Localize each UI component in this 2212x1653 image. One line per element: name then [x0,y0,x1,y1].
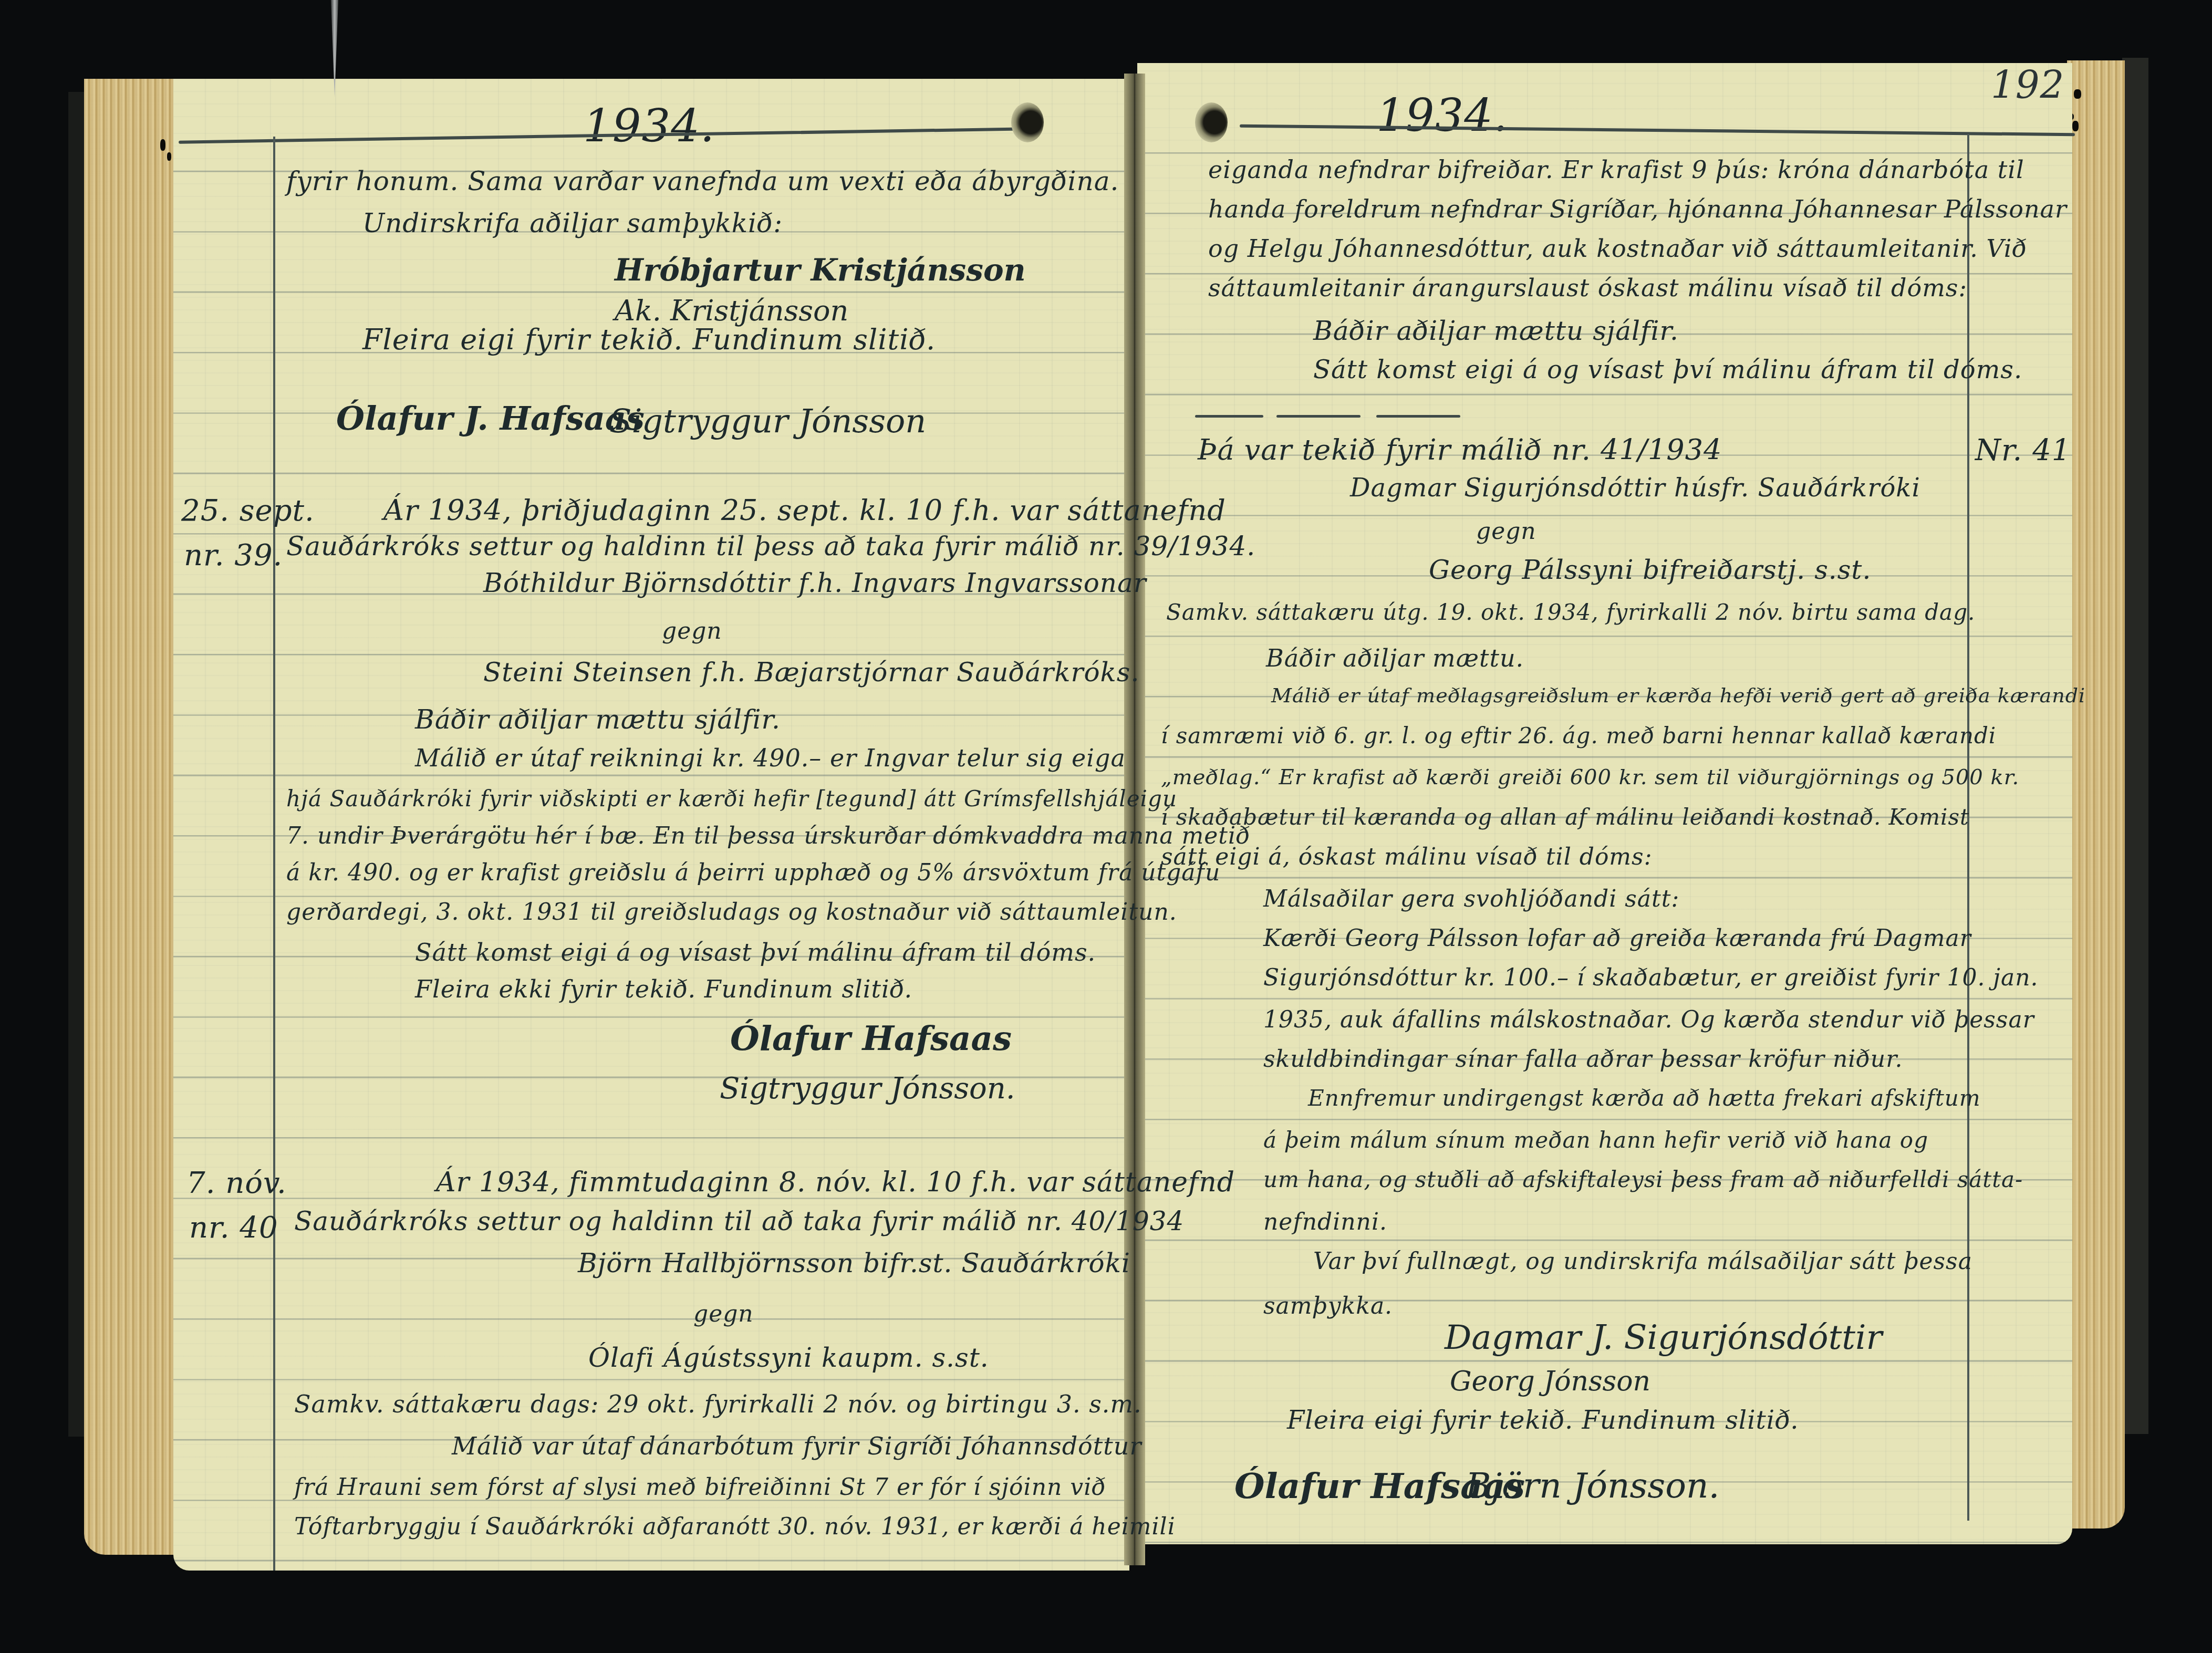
text-line: Undirskrifa aðiljar samþykkið: [362,210,783,236]
punch-hole-left [1011,102,1044,142]
margin-case-number: Nr. 41 [1975,425,2071,475]
text-line: Georg Pálssyni bifreiðarstj. s.st. [1429,557,1871,583]
text-line: Báðir aðiljar mættu sjálfir. [1313,318,1679,344]
book-cover-right [2122,58,2148,1434]
book-gutter [1124,74,1145,1565]
text-line: Sauðárkróks settur og haldinn til þess a… [286,533,1255,559]
text-line: gegn [1476,520,1536,543]
text-line: Málsaðilar gera svohljóðandi sátt: [1263,888,1679,911]
signature: Sigtryggur Jónsson [609,402,926,440]
text-line: Þá var tekið fyrir málið nr. 41/1934 [1198,436,1722,464]
edge-stain [167,152,171,161]
text-line: Björn Hallbjörnsson bifr.st. Sauðárkróki [578,1250,1130,1276]
signature: Hróbjartur Kristjánsson [615,252,1026,288]
text-line: Ár 1934, fimmtudaginn 8. nóv. kl. 10 f.h… [436,1169,1235,1196]
text-line: á þeim málum sínum meðan hann hefir veri… [1263,1129,1928,1151]
text-line: Var því fullnægt, og undirskrifa málsaði… [1313,1250,1972,1273]
text-line: og Helgu Jóhannesdóttur, auk kostnaðar v… [1208,236,2027,261]
text-line: handa foreldrum nefndrar Sigríðar, hjóna… [1208,197,2067,221]
text-line: Sátt komst eigi á og vísast því málinu á… [1313,357,2022,382]
text-line: um hana, og stuðli að afskiftaleysi þess… [1263,1169,2023,1191]
text-line: gegn [662,620,722,643]
entry-separator-rule [1276,415,1361,418]
text-line: Sauðárkróks settur og haldinn til að tak… [294,1208,1184,1234]
margin-date: 7. nóv. [186,1158,287,1208]
text-line: samþykka. [1263,1295,1393,1318]
text-line: sáttaumleitanir árangurslaust óskast mál… [1208,276,1967,300]
text-line: Fleira ekki fyrir tekið. Fundinum slitið… [415,977,912,1001]
punch-hole-right [1195,102,1228,142]
text-line: sátt eigi á, óskast málinu vísað til dóm… [1161,846,1653,869]
text-line: gerðardegi, 3. okt. 1931 til greiðsludag… [286,901,1177,924]
text-line: Steini Steinsen f.h. Bæjarstjórnar Sauðá… [483,659,1139,685]
text-line: Ennfremur undirgengst kærða að hætta fre… [1308,1087,1981,1109]
margin-case-number: nr. 40 [189,1203,278,1253]
text-line: hjá Sauðárkróki fyrir viðskipti er kærði… [286,788,1177,810]
edge-stain [2072,121,2079,131]
text-line: Málið er útaf reikningi kr. 490.– er Ing… [415,746,1126,770]
text-line: í samræmi við 6. gr. l. og eftir 26. ág.… [1161,725,1996,747]
left-page-edge-stack [84,79,176,1555]
signature: Ólafur Hafsaas [730,1019,1012,1058]
text-line: skuldbindingar sínar falla aðrar þessar … [1263,1048,1903,1071]
text-line: Málið er útaf meðlagsgreiðslum er kærða … [1271,685,2085,705]
signature: Ólafur J. Hafsaas [336,399,645,438]
text-line: 1935, auk áfallins málskostnaðar. Og kær… [1263,1009,2034,1032]
text-line: gegn [693,1303,754,1326]
text-line: Ár 1934, þriðjudaginn 25. sept. kl. 10 f… [383,496,1226,525]
text-line: frá Hrauni sem fórst af slysi með bifrei… [294,1476,1106,1499]
text-line: Sátt komst eigi á og vísast því málinu á… [415,940,1096,964]
margin-date: 25. sept. [181,486,315,536]
text-line: á kr. 490. og er krafist greiðslu á þeir… [286,861,1220,885]
right-page-edge-stack [2067,60,2125,1529]
text-line: nefndinni. [1263,1211,1387,1234]
edge-stain [160,139,165,151]
left-margin-rule [273,137,275,1571]
text-line: „meðlag.“ Er krafist að kærði greiði 600… [1161,767,2019,788]
signature: Ak. Kristjánsson [615,294,848,327]
right-year-heading: 1934. [1376,89,1508,142]
text-line: Fleira eigi fyrir tekið. Fundinum slitið… [362,326,936,354]
signature: Björn Jónsson. [1466,1465,1719,1506]
text-line: 7. undir Þverárgötu hér í bæ. En til þes… [286,825,1251,848]
text-line: eiganda nefndrar bifreiðar. Er krafist 9… [1208,158,2024,182]
entry-separator-rule [1195,415,1263,418]
text-line: Sigurjónsdóttur kr. 100.– í skaðabætur, … [1263,966,2039,990]
page-number: 192 [1991,63,2064,107]
text-line: Bóthildur Björnsdóttir f.h. Ingvars Ingv… [483,570,1147,596]
text-line: Dagmar Sigurjónsdóttir húsfr. Sauðárkrók… [1350,475,1920,501]
left-year-heading: 1934. [583,100,715,152]
text-line: Báðir aðiljar mættu. [1266,646,1524,670]
margin-case-number: nr. 39. [184,531,283,580]
text-line: Fleira eigi fyrir tekið. Fundinum slitið… [1287,1408,1799,1433]
edge-stain [2074,89,2081,99]
signature: Sigtryggur Jónsson. [720,1072,1015,1106]
text-line: Ólafi Ágústssyni kaupm. s.st. [588,1345,989,1371]
text-line: Báðir aðiljar mættu sjálfir. [415,706,781,733]
text-line: Kærði Georg Pálsson lofar að greiða kæra… [1263,927,1971,950]
text-line: Málið var útaf dánarbótum fyrir Sigríði … [452,1434,1141,1458]
entry-separator-rule [1376,415,1460,418]
signature: Dagmar J. Sigurjónsdóttir [1445,1318,1882,1357]
text-line: fyrir honum. Sama varðar vanefnda um vex… [286,168,1119,194]
text-line: í skaðabætur til kæranda og allan af mál… [1161,806,1969,828]
signature: Georg Jónsson [1450,1366,1650,1397]
text-line: Samkv. sáttakæru útg. 19. okt. 1934, fyr… [1166,601,1975,623]
text-line: Tóftarbryggju í Sauðárkróki aðfaranótt 3… [294,1515,1176,1538]
text-line: Samkv. sáttakæru dags: 29 okt. fyrirkall… [294,1392,1142,1416]
